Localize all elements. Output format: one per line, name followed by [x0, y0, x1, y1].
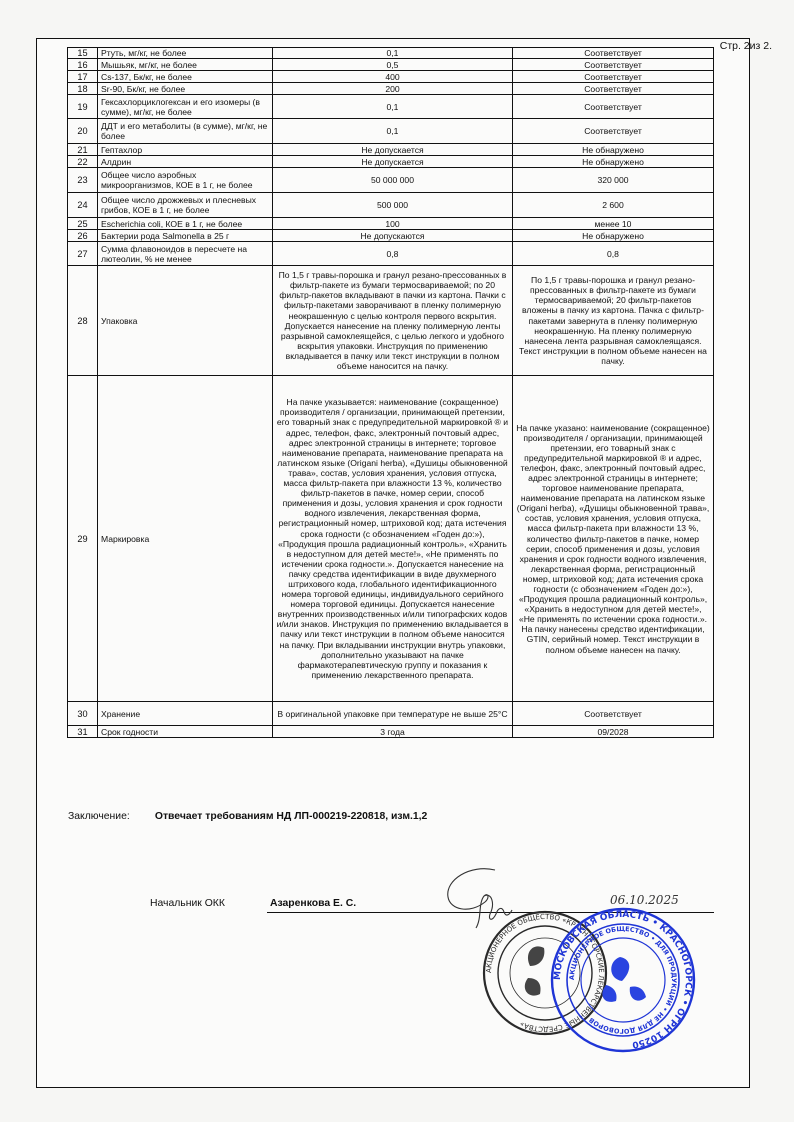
indicator-name: Сумма флавоноидов в пересчете на лютеоли…: [98, 242, 273, 266]
result-value: По 1,5 г травы-порошка и гранул резано-п…: [513, 266, 714, 376]
result-value: Соответствует: [513, 119, 714, 144]
norm-value: 500 000: [273, 193, 513, 218]
row-number: 21: [68, 144, 98, 156]
row-number: 24: [68, 193, 98, 218]
table-row: 17 Cs-137, Бк/кг, не более 400 Соответст…: [68, 71, 714, 83]
result-value: Не обнаружено: [513, 156, 714, 168]
row-number: 26: [68, 230, 98, 242]
result-value: Не обнаружено: [513, 230, 714, 242]
table-row: 25 Escherichia coli, КОЕ в 1 г, не более…: [68, 218, 714, 230]
table-row: 28 Упаковка По 1,5 г травы-порошка и гра…: [68, 266, 714, 376]
specification-table: 15 Ртуть, мг/кг, не более 0,1 Соответств…: [67, 47, 714, 738]
result-value: 09/2028: [513, 726, 714, 738]
norm-value: 400: [273, 71, 513, 83]
indicator-name: Escherichia coli, КОЕ в 1 г, не более: [98, 218, 273, 230]
row-number: 20: [68, 119, 98, 144]
table-row: 18 Sr-90, Бк/кг, не более 200 Соответств…: [68, 83, 714, 95]
indicator-name: ДДТ и его метаболиты (в сумме), мг/кг, н…: [98, 119, 273, 144]
table-row: 31 Срок годности 3 года 09/2028: [68, 726, 714, 738]
table-row: 26 Бактерии рода Salmonella в 25 г Не до…: [68, 230, 714, 242]
table-row: 30 Хранение В оригинальной упаковке при …: [68, 702, 714, 726]
svg-text:АКЦИОНЕРНОЕ ОБЩЕСТВО • ДЛЯ ПРО: АКЦИОНЕРНОЕ ОБЩЕСТВО • ДЛЯ ПРОДУКЦИИ • Н…: [568, 925, 678, 1035]
indicator-name: Sr-90, Бк/кг, не более: [98, 83, 273, 95]
table-row: 22 Алдрин Не допускается Не обнаружено: [68, 156, 714, 168]
row-number: 31: [68, 726, 98, 738]
row-number: 29: [68, 376, 98, 702]
indicator-name: Общее число аэробных микроорганизмов, КО…: [98, 168, 273, 193]
signer-role: Начальник ОКК: [150, 898, 225, 909]
row-number: 28: [68, 266, 98, 376]
row-number: 22: [68, 156, 98, 168]
norm-value: 3 года: [273, 726, 513, 738]
indicator-name: Упаковка: [98, 266, 273, 376]
indicator-name: Хранение: [98, 702, 273, 726]
result-value: 0,8: [513, 242, 714, 266]
blue-stamp-icon: МОСКОВСКАЯ ОБЛАСТЬ • КРАСНОГОРСК • ОГРН …: [548, 905, 698, 1055]
norm-value: 200: [273, 83, 513, 95]
indicator-name: Алдрин: [98, 156, 273, 168]
result-value: 320 000: [513, 168, 714, 193]
result-value: Не обнаружено: [513, 144, 714, 156]
row-number: 30: [68, 702, 98, 726]
result-value: Соответствует: [513, 71, 714, 83]
row-number: 18: [68, 83, 98, 95]
norm-value: Не допускается: [273, 144, 513, 156]
norm-value: 0,5: [273, 59, 513, 71]
table-row: 16 Мышьяк, мг/кг, не более 0,5 Соответст…: [68, 59, 714, 71]
table-row: 23 Общее число аэробных микроорганизмов,…: [68, 168, 714, 193]
norm-value: 100: [273, 218, 513, 230]
row-number: 25: [68, 218, 98, 230]
table-row: 20 ДДТ и его метаболиты (в сумме), мг/кг…: [68, 119, 714, 144]
norm-value: 0,1: [273, 48, 513, 59]
indicator-name: Ртуть, мг/кг, не более: [98, 48, 273, 59]
norm-value: В оригинальной упаковке при температуре …: [273, 702, 513, 726]
indicator-name: Маркировка: [98, 376, 273, 702]
table-row: 19 Гексахлорциклогексан и его изомеры (в…: [68, 95, 714, 119]
norm-value: 0,1: [273, 95, 513, 119]
signer-name: Азаренкова Е. С.: [270, 898, 356, 909]
conclusion-value: Отвечает требованиям НД ЛП-000219-220818…: [155, 811, 427, 822]
indicator-name: Гептахлор: [98, 144, 273, 156]
result-value: Соответствует: [513, 95, 714, 119]
indicator-name: Общее число дрожжевых и плесневых грибов…: [98, 193, 273, 218]
norm-value: Не допускаются: [273, 230, 513, 242]
result-value: Соответствует: [513, 48, 714, 59]
row-number: 19: [68, 95, 98, 119]
result-value: менее 10: [513, 218, 714, 230]
result-value: Соответствует: [513, 59, 714, 71]
row-number: 17: [68, 71, 98, 83]
indicator-name: Cs-137, Бк/кг, не более: [98, 71, 273, 83]
norm-value: По 1,5 г травы-порошка и гранул резано-п…: [273, 266, 513, 376]
row-number: 23: [68, 168, 98, 193]
norm-value: На пачке указывается: наименование (сокр…: [273, 376, 513, 702]
result-value: Соответствует: [513, 702, 714, 726]
norm-value: 50 000 000: [273, 168, 513, 193]
row-number: 16: [68, 59, 98, 71]
row-number: 15: [68, 48, 98, 59]
result-value: Соответствует: [513, 83, 714, 95]
indicator-name: Срок годности: [98, 726, 273, 738]
table-row: 21 Гептахлор Не допускается Не обнаружен…: [68, 144, 714, 156]
conclusion: Заключение: Отвечает требованиям НД ЛП-0…: [68, 811, 427, 822]
table-row: 15 Ртуть, мг/кг, не более 0,1 Соответств…: [68, 48, 714, 59]
norm-value: Не допускается: [273, 156, 513, 168]
conclusion-label: Заключение:: [68, 811, 152, 822]
norm-value: 0,1: [273, 119, 513, 144]
result-value: 2 600: [513, 193, 714, 218]
indicator-name: Гексахлорциклогексан и его изомеры (в су…: [98, 95, 273, 119]
indicator-name: Бактерии рода Salmonella в 25 г: [98, 230, 273, 242]
table-row: 29 Маркировка На пачке указывается: наим…: [68, 376, 714, 702]
indicator-name: Мышьяк, мг/кг, не более: [98, 59, 273, 71]
table-row: 27 Сумма флавоноидов в пересчете на люте…: [68, 242, 714, 266]
norm-value: 0,8: [273, 242, 513, 266]
table-row: 24 Общее число дрожжевых и плесневых гри…: [68, 193, 714, 218]
result-value: На пачке указано: наименование (сокращен…: [513, 376, 714, 702]
row-number: 27: [68, 242, 98, 266]
